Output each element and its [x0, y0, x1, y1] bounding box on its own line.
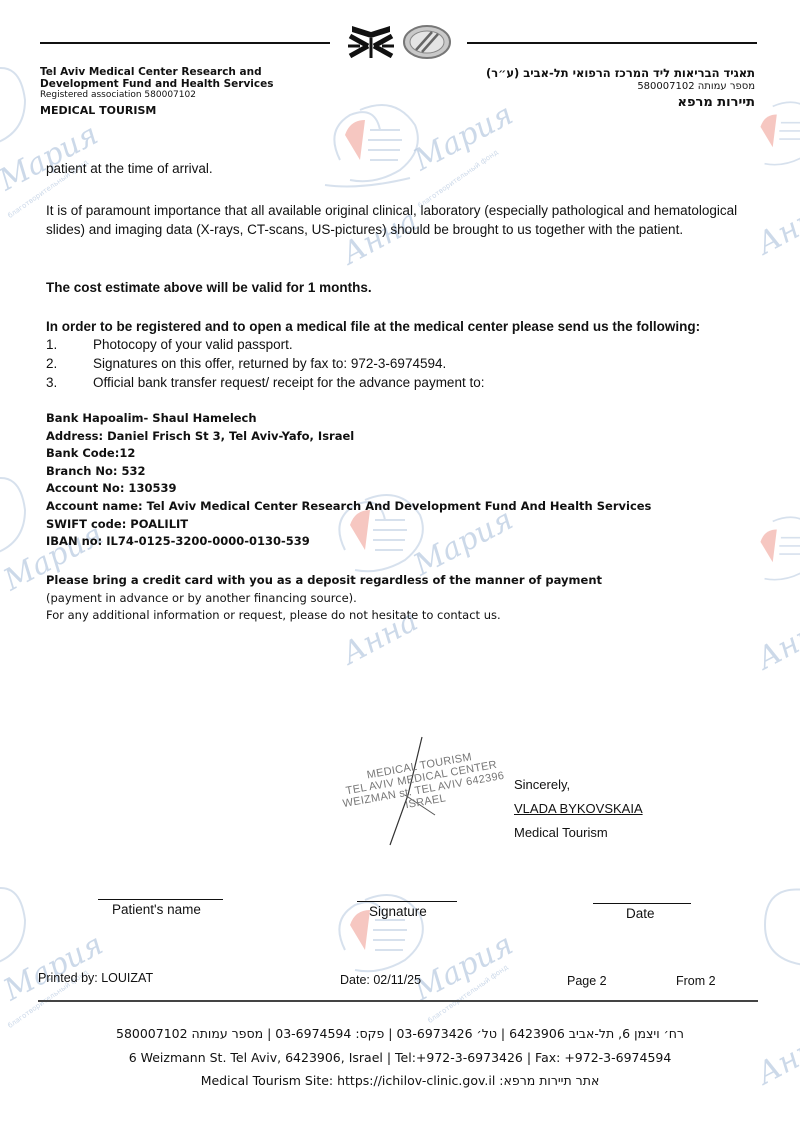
- bank-code: Bank Code:12: [46, 445, 651, 463]
- watermark-emblem-icon: [320, 90, 430, 200]
- patient-name-label: Patient's name: [112, 902, 201, 917]
- account-number: Account No: 130539: [46, 480, 651, 498]
- org-name-en-line1: Tel Aviv Medical Center Research and: [40, 66, 262, 78]
- hospital-emblem-icon: [346, 24, 396, 60]
- signature-label: Signature: [369, 904, 427, 919]
- registration-number-en: Registered association 580007102: [40, 90, 196, 100]
- footer-english-address: 6 Weizmann St. Tel Aviv, 6423906, Israel…: [0, 1050, 800, 1065]
- signer-name: VLADA BYKOVSKAIA: [514, 801, 643, 816]
- print-date: Date: 02/11/25: [340, 973, 421, 987]
- list-number: 1.: [46, 335, 93, 354]
- importance-paragraph: It is of paramount importance that all a…: [46, 201, 761, 239]
- contact-note: For any additional information or reques…: [46, 607, 602, 625]
- footer-rule: [38, 1000, 758, 1002]
- account-name: Account name: Tel Aviv Medical Center Re…: [46, 498, 651, 516]
- iban-number: IBAN no: IL74-0125-3200-0000-0130-539: [46, 533, 651, 551]
- registration-number-he: מספר עמותה 580007102: [637, 81, 755, 92]
- patient-name-line[interactable]: [98, 899, 223, 900]
- requirements-list: 1. Photocopy of your valid passport. 2. …: [46, 335, 484, 392]
- list-item: 3. Official bank transfer request/ recei…: [46, 373, 484, 392]
- bank-details: Bank Hapoalim- Shaul Hamelech Address: D…: [46, 410, 651, 551]
- watermark-text: Мария: [0, 117, 104, 198]
- watermark-text: Мария: [408, 97, 519, 178]
- list-text: Photocopy of your valid passport.: [93, 335, 293, 354]
- header-rule-left: [40, 42, 330, 44]
- continuation-text: patient at the time of arrival.: [46, 159, 213, 178]
- department-en: MEDICAL TOURISM: [40, 105, 156, 117]
- list-number: 3.: [46, 373, 93, 392]
- bank-address: Address: Daniel Frisch St 3, Tel Aviv-Ya…: [46, 428, 651, 446]
- list-number: 2.: [46, 354, 93, 373]
- credit-card-note: Please bring a credit card with you as a…: [46, 572, 602, 590]
- branch-number: Branch No: 532: [46, 463, 651, 481]
- watermark-emblem-icon: [0, 880, 50, 970]
- validity-note: The cost estimate above will be valid fo…: [46, 278, 372, 297]
- registration-intro: In order to be registered and to open a …: [46, 317, 700, 336]
- printed-by: Printed by: LOUIZAT: [38, 971, 153, 985]
- date-label: Date: [626, 906, 655, 921]
- signer-department: Medical Tourism: [514, 825, 608, 840]
- payment-method-note: (payment in advance or by another financ…: [46, 590, 602, 608]
- payment-notes: Please bring a credit card with you as a…: [46, 572, 602, 625]
- department-he: תיירות מרפא: [678, 95, 755, 110]
- list-text: Official bank transfer request/ receipt …: [93, 373, 484, 392]
- header-rule-right: [467, 42, 757, 44]
- footer-hebrew-address: רח׳ ויצמן 6, תל-אביב 6423906 | טל׳ 03-69…: [0, 1026, 800, 1041]
- watermark-text: Мария: [408, 927, 519, 1008]
- list-item: 1. Photocopy of your valid passport.: [46, 335, 484, 354]
- watermark-text: Мария: [0, 927, 109, 1008]
- footer-website[interactable]: Medical Tourism Site: https://ichilov-cl…: [0, 1073, 800, 1088]
- watermark-caption: благотворительный фонд: [426, 963, 509, 1025]
- list-text: Signatures on this offer, returned by fa…: [93, 354, 446, 373]
- org-name-he: תאגיד הבריאות ליד המרכז הרפואי תל-אביב (…: [486, 66, 755, 80]
- watermark-emblem-icon: [0, 470, 50, 560]
- watermark-text: Анна: [751, 608, 800, 677]
- bank-name: Bank Hapoalim- Shaul Hamelech: [46, 410, 651, 428]
- page-number: Page 2: [567, 974, 607, 988]
- org-name-en-line2: Development Fund and Health Services: [40, 78, 274, 90]
- watermark-emblem-icon: [740, 505, 800, 595]
- watermark-emblem-icon: [745, 880, 800, 970]
- date-line[interactable]: [593, 903, 691, 904]
- closing-text: Sincerely,: [514, 777, 570, 792]
- signature-line[interactable]: [357, 901, 457, 902]
- page-total: From 2: [676, 974, 716, 988]
- round-seal-icon: [402, 24, 452, 60]
- list-item: 2. Signatures on this offer, returned by…: [46, 354, 484, 373]
- swift-code: SWIFT code: POALILIT: [46, 516, 651, 534]
